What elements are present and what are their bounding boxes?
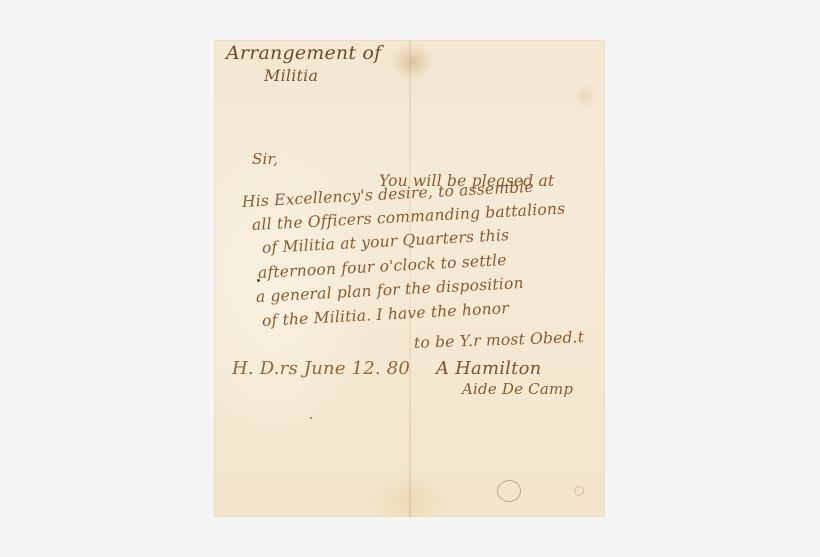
letter-document: Arrangement of Militia Sir, You will be …	[214, 40, 605, 517]
ink-speck	[310, 417, 312, 419]
signature-title: Aide De Camp	[462, 380, 573, 398]
page-background: Arrangement of Militia Sir, You will be …	[0, 0, 820, 557]
paper-smudge	[574, 486, 584, 496]
dateline: H. D.rs June 12. 80	[232, 358, 410, 379]
heading-line-2: Militia	[264, 66, 318, 85]
paper-smudge	[497, 480, 521, 502]
paper-fold-crease	[409, 40, 411, 517]
signature: A Hamilton	[436, 358, 541, 379]
ink-speck	[257, 279, 260, 282]
closing-line: to be Y.r most Obed.t	[414, 328, 585, 352]
heading-line-1: Arrangement of	[226, 42, 381, 64]
salutation: Sir,	[252, 150, 278, 168]
